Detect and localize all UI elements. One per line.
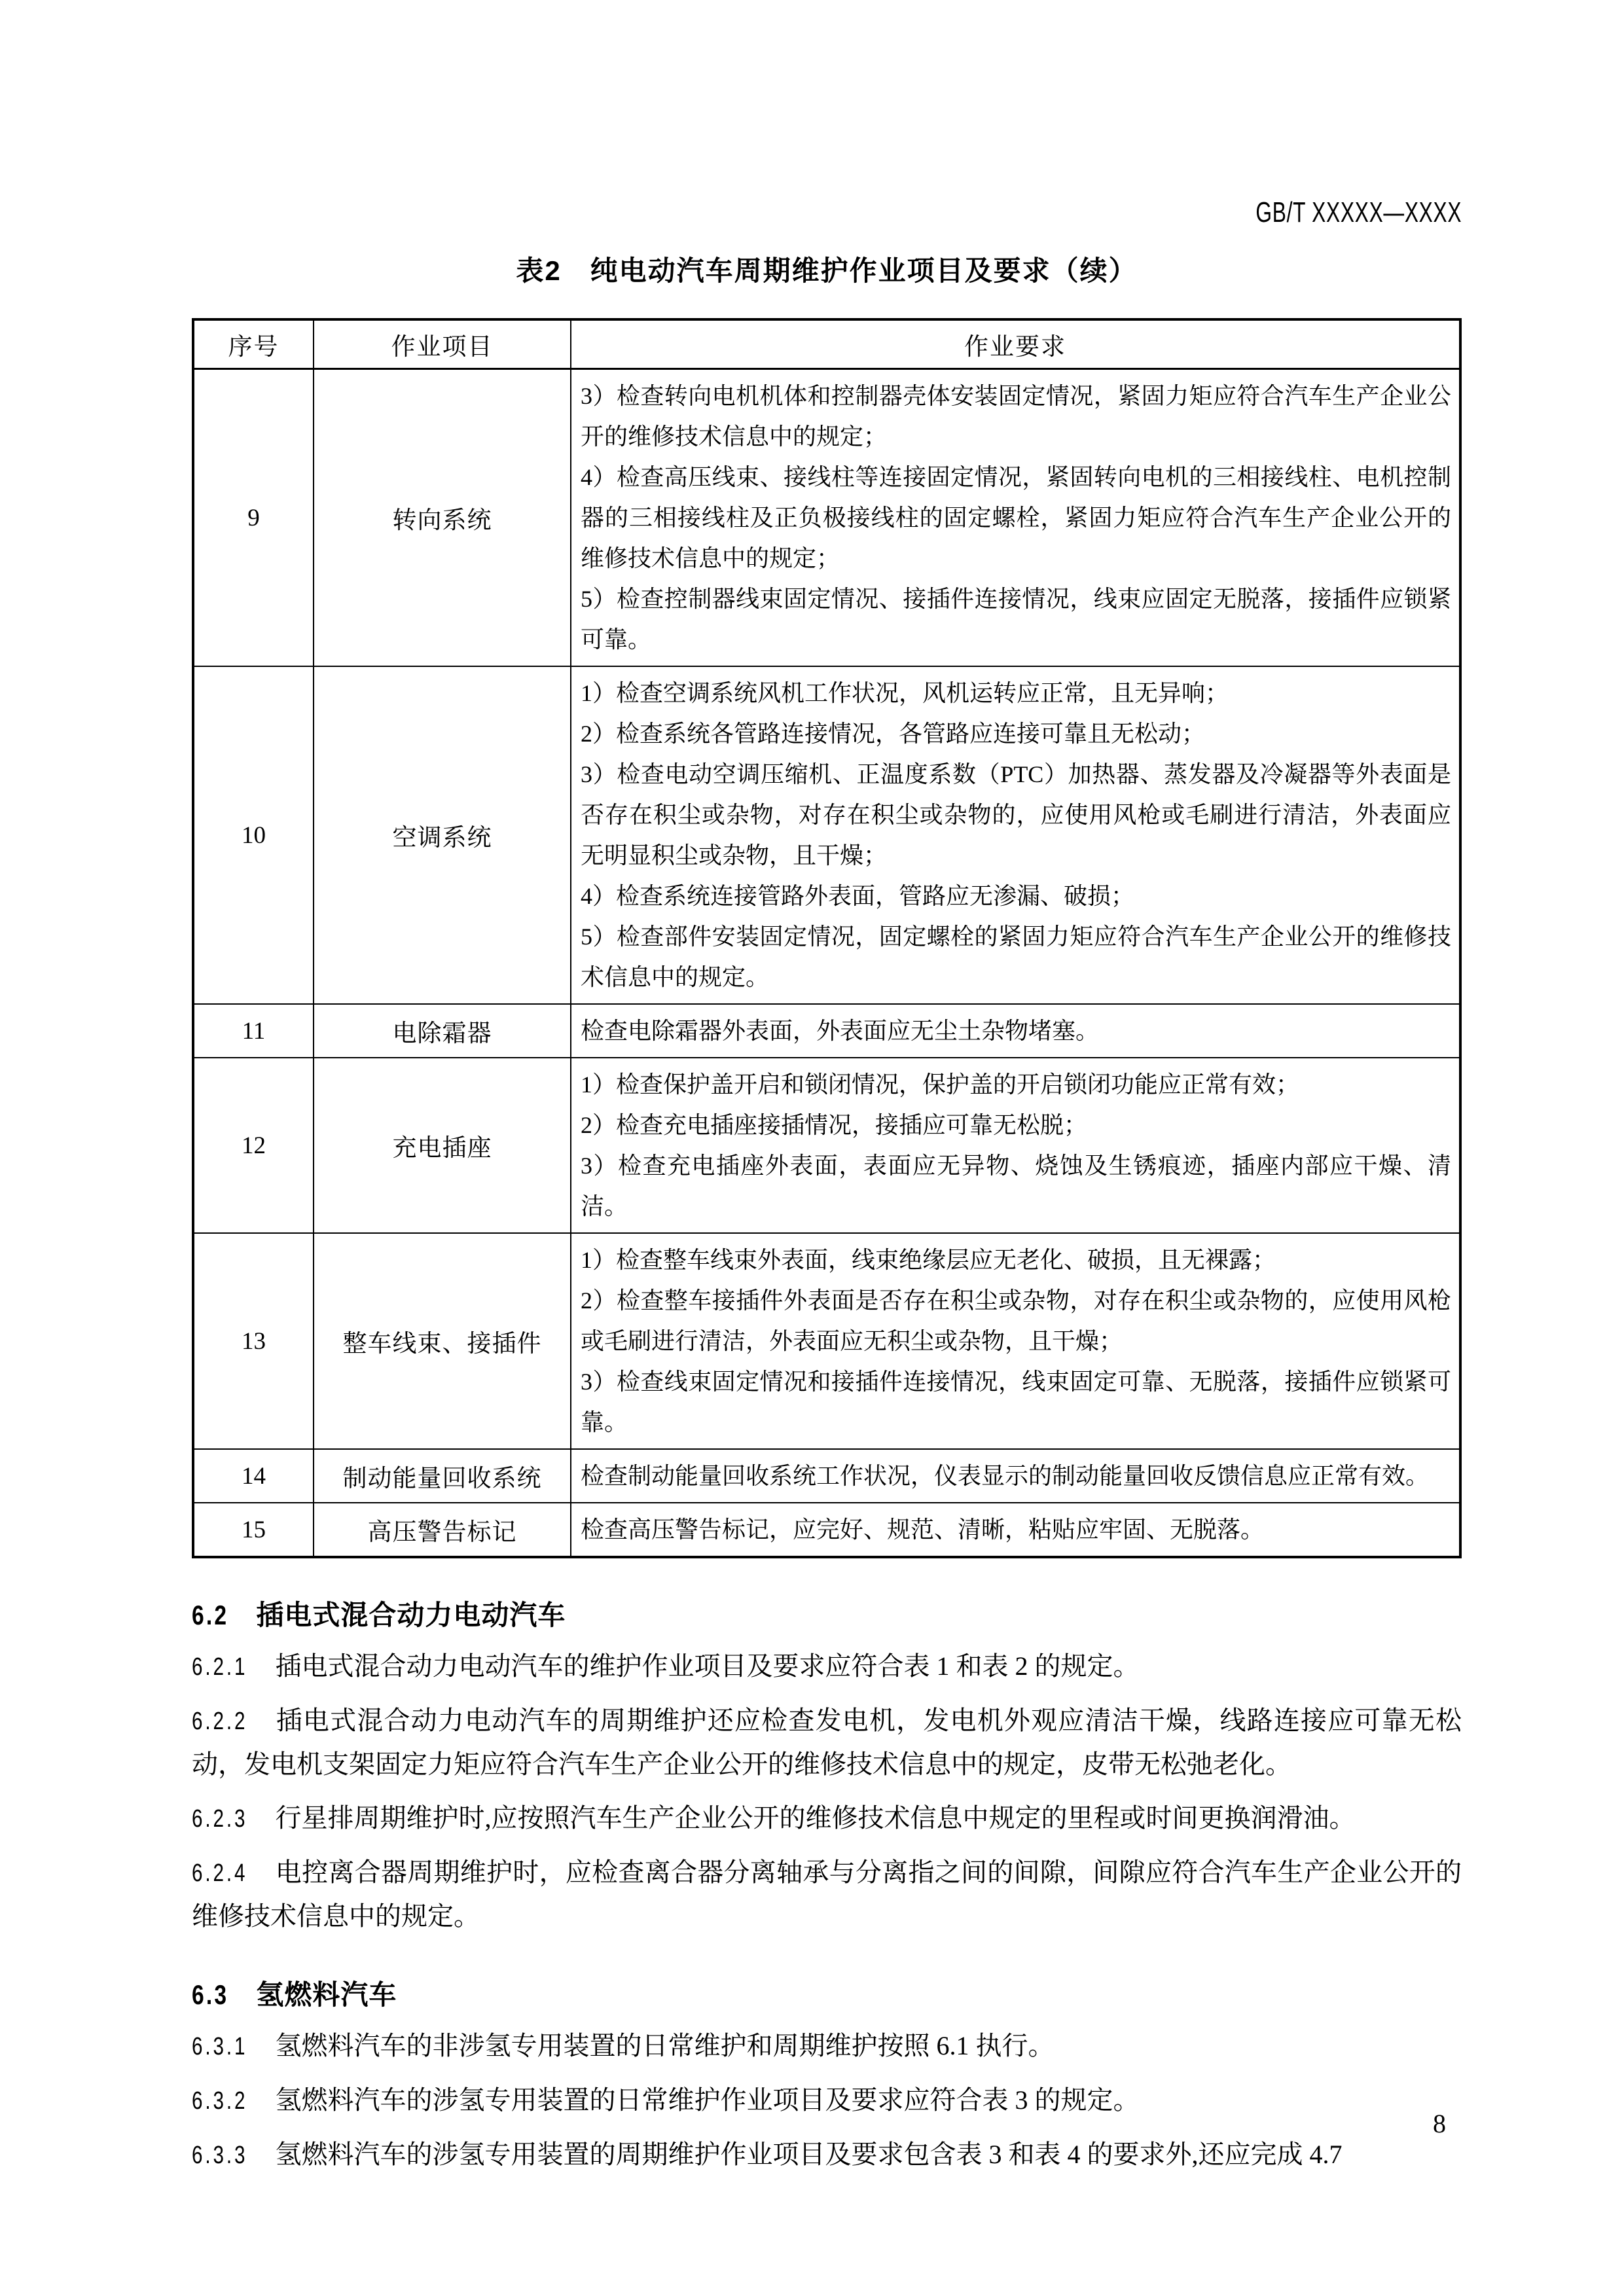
requirement-text: 检查制动能量回收系统工作状况，仪表显示的制动能量回收反馈信息应正常有效。 xyxy=(581,1456,1451,1496)
table-row: 9 转向系统 3）检查转向电机机体和控制器壳体安装固定情况，紧固力矩应符合汽车生… xyxy=(193,369,1460,667)
row-item: 电除霜器 xyxy=(314,1004,571,1058)
clause-number: 6.3.1 xyxy=(192,2025,247,2068)
page-number: 8 xyxy=(1433,2108,1446,2140)
section-paragraphs: 6.3.1氢燃料汽车的非涉氢专用装置的日常维护和周期维护按照 6.1 执行。 6… xyxy=(192,2024,1462,2177)
row-requirements: 检查制动能量回收系统工作状况，仪表显示的制动能量回收反馈信息应正常有效。 xyxy=(571,1449,1460,1503)
clause-number: 6.3.2 xyxy=(192,2079,247,2123)
requirement-text: 3）检查电动空调压缩机、正温度系数（PTC）加热器、蒸发器及冷凝器等外表面是否存… xyxy=(581,754,1451,876)
requirement-text: 检查高压警告标记，应完好、规范、清晰，粘贴应牢固、无脱落。 xyxy=(581,1509,1451,1550)
row-requirements: 1）检查保护盖开启和锁闭情况，保护盖的开启锁闭功能应正常有效； 2）检查充电插座… xyxy=(571,1058,1460,1233)
section-paragraphs: 6.2.1插电式混合动力电动汽车的维护作业项目及要求应符合表 1 和表 2 的规… xyxy=(192,1645,1462,1938)
maintenance-table: 序号 作业项目 作业要求 9 转向系统 3）检查转向电机机体和控制器壳体安装固定… xyxy=(192,318,1462,1558)
clause-number: 6.2.2 xyxy=(192,1700,247,1743)
clause-text: 插电式混合动力电动汽车的维护作业项目及要求应符合表 1 和表 2 的规定。 xyxy=(276,1651,1140,1681)
clause-text: 氢燃料汽车的涉氢专用装置的日常维护作业项目及要求应符合表 3 的规定。 xyxy=(276,2085,1140,2115)
clause-paragraph: 6.2.4电控离合器周期维护时，应检查离合器分离轴承与分离指之间的间隙，间隙应符… xyxy=(192,1851,1462,1938)
table-row: 11 电除霜器 检查电除霜器外表面，外表面应无尘土杂物堵塞。 xyxy=(193,1004,1460,1058)
row-item: 转向系统 xyxy=(314,369,571,667)
row-number: 12 xyxy=(193,1058,314,1233)
table-body: 9 转向系统 3）检查转向电机机体和控制器壳体安装固定情况，紧固力矩应符合汽车生… xyxy=(193,369,1460,1558)
clause-text: 行星排周期维护时,应按照汽车生产企业公开的维修技术信息中规定的里程或时间更换润滑… xyxy=(276,1803,1356,1833)
section: 6.2插电式混合动力电动汽车 6.2.1插电式混合动力电动汽车的维护作业项目及要… xyxy=(192,1596,1462,1938)
doc-code-text: GB/T XXXXX—XXXX xyxy=(1255,196,1462,229)
requirement-text: 2）检查系统各管路连接情况，各管路应连接可靠且无松动； xyxy=(581,713,1451,754)
requirement-text: 3）检查充电插座外表面，表面应无异物、烧蚀及生锈痕迹，插座内部应干燥、清洁。 xyxy=(581,1145,1451,1227)
column-header-requirement: 作业要求 xyxy=(571,319,1460,369)
section-number: 6.3 xyxy=(192,1976,228,2014)
doc-code: GB/T XXXXX—XXXX xyxy=(192,196,1462,229)
requirement-text: 3）检查线束固定情况和接插件连接情况，线束固定可靠、无脱落，接插件应锁紧可靠。 xyxy=(581,1361,1451,1443)
requirement-text: 5）检查控制器线束固定情况、接插件连接情况，线束应固定无脱落，接插件应锁紧可靠。 xyxy=(581,579,1451,660)
row-requirements: 检查电除霜器外表面，外表面应无尘土杂物堵塞。 xyxy=(571,1004,1460,1058)
requirement-text: 1）检查保护盖开启和锁闭情况，保护盖的开启锁闭功能应正常有效； xyxy=(581,1064,1451,1105)
clause-paragraph: 6.2.1插电式混合动力电动汽车的维护作业项目及要求应符合表 1 和表 2 的规… xyxy=(192,1645,1462,1689)
row-number: 13 xyxy=(193,1233,314,1449)
row-requirements: 检查高压警告标记，应完好、规范、清晰，粘贴应牢固、无脱落。 xyxy=(571,1503,1460,1557)
table-row: 12 充电插座 1）检查保护盖开启和锁闭情况，保护盖的开启锁闭功能应正常有效； … xyxy=(193,1058,1460,1233)
clause-paragraph: 6.2.2插电式混合动力电动汽车的周期维护还应检查发电机，发电机外观应清洁干燥，… xyxy=(192,1699,1462,1786)
clause-paragraph: 6.2.3行星排周期维护时,应按照汽车生产企业公开的维修技术信息中规定的里程或时… xyxy=(192,1797,1462,1840)
requirement-text: 2）检查整车接插件外表面是否存在积尘或杂物，对存在积尘或杂物的，应使用风枪或毛刷… xyxy=(581,1280,1451,1361)
requirement-text: 5）检查部件安装固定情况，固定螺栓的紧固力矩应符合汽车生产企业公开的维修技术信息… xyxy=(581,916,1451,997)
row-number: 9 xyxy=(193,369,314,667)
row-item: 整车线束、接插件 xyxy=(314,1233,571,1449)
section-heading: 6.2插电式混合动力电动汽车 xyxy=(192,1596,1462,1634)
row-item: 制动能量回收系统 xyxy=(314,1449,571,1503)
row-number: 15 xyxy=(193,1503,314,1557)
row-number: 11 xyxy=(193,1004,314,1058)
row-item: 高压警告标记 xyxy=(314,1503,571,1557)
row-item: 充电插座 xyxy=(314,1058,571,1233)
table-row: 15 高压警告标记 检查高压警告标记，应完好、规范、清晰，粘贴应牢固、无脱落。 xyxy=(193,1503,1460,1557)
table-row: 10 空调系统 1）检查空调系统风机工作状况，风机运转应正常，且无异响； 2）检… xyxy=(193,666,1460,1004)
table-row: 14 制动能量回收系统 检查制动能量回收系统工作状况，仪表显示的制动能量回收反馈… xyxy=(193,1449,1460,1503)
clause-number: 6.2.4 xyxy=(192,1852,247,1895)
section: 6.3氢燃料汽车 6.3.1氢燃料汽车的非涉氢专用装置的日常维护和周期维护按照 … xyxy=(192,1976,1462,2177)
clause-paragraph: 6.3.1氢燃料汽车的非涉氢专用装置的日常维护和周期维护按照 6.1 执行。 xyxy=(192,2024,1462,2068)
clause-text: 氢燃料汽车的非涉氢专用装置的日常维护和周期维护按照 6.1 执行。 xyxy=(276,2031,1055,2060)
sections: 6.2插电式混合动力电动汽车 6.2.1插电式混合动力电动汽车的维护作业项目及要… xyxy=(192,1596,1462,2177)
clause-text: 电控离合器周期维护时，应检查离合器分离轴承与分离指之间的间隙，间隙应符合汽车生产… xyxy=(192,1857,1462,1931)
row-item: 空调系统 xyxy=(314,666,571,1004)
clause-paragraph: 6.3.3氢燃料汽车的涉氢专用装置的周期维护作业项目及要求包含表 3 和表 4 … xyxy=(192,2133,1462,2177)
clause-number: 6.2.1 xyxy=(192,1645,247,1689)
section-title: 插电式混合动力电动汽车 xyxy=(256,1600,566,1630)
clause-number: 6.2.3 xyxy=(192,1797,247,1840)
requirement-text: 2）检查充电插座接插情况，接插应可靠无松脱； xyxy=(581,1105,1451,1145)
clause-text: 插电式混合动力电动汽车的周期维护还应检查发电机，发电机外观应清洁干燥，线路连接应… xyxy=(192,1706,1462,1779)
row-requirements: 3）检查转向电机机体和控制器壳体安装固定情况，紧固力矩应符合汽车生产企业公开的维… xyxy=(571,369,1460,667)
requirement-text: 检查电除霜器外表面，外表面应无尘土杂物堵塞。 xyxy=(581,1011,1451,1051)
section-heading: 6.3氢燃料汽车 xyxy=(192,1976,1462,2014)
section-number: 6.2 xyxy=(192,1596,228,1634)
row-requirements: 1）检查整车线束外表面，线束绝缘层应无老化、破损，且无裸露； 2）检查整车接插件… xyxy=(571,1233,1460,1449)
document-page: GB/T XXXXX—XXXX 表2 纯电动汽车周期维护作业项目及要求（续） 序… xyxy=(192,196,1462,2177)
column-header-item: 作业项目 xyxy=(314,319,571,369)
row-requirements: 1）检查空调系统风机工作状况，风机运转应正常，且无异响； 2）检查系统各管路连接… xyxy=(571,666,1460,1004)
row-number: 14 xyxy=(193,1449,314,1503)
row-number: 10 xyxy=(193,666,314,1004)
requirement-text: 1）检查空调系统风机工作状况，风机运转应正常，且无异响； xyxy=(581,673,1451,713)
requirement-text: 4）检查高压线束、接线柱等连接固定情况，紧固转向电机的三相接线柱、电机控制器的三… xyxy=(581,457,1451,579)
table-row: 13 整车线束、接插件 1）检查整车线束外表面，线束绝缘层应无老化、破损，且无裸… xyxy=(193,1233,1460,1449)
requirement-text: 3）检查转向电机机体和控制器壳体安装固定情况，紧固力矩应符合汽车生产企业公开的维… xyxy=(581,376,1451,457)
clause-number: 6.3.3 xyxy=(192,2134,247,2177)
clause-text: 氢燃料汽车的涉氢专用装置的周期维护作业项目及要求包含表 3 和表 4 的要求外,… xyxy=(276,2140,1343,2169)
table-title: 表2 纯电动汽车周期维护作业项目及要求（续） xyxy=(192,253,1462,289)
section-title: 氢燃料汽车 xyxy=(256,1979,397,2010)
requirement-text: 4）检查系统连接管路外表面，管路应无渗漏、破损； xyxy=(581,876,1451,916)
column-header-no: 序号 xyxy=(193,319,314,369)
requirement-text: 1）检查整车线束外表面，线束绝缘层应无老化、破损，且无裸露； xyxy=(581,1240,1451,1280)
table-header-row: 序号 作业项目 作业要求 xyxy=(193,319,1460,369)
clause-paragraph: 6.3.2氢燃料汽车的涉氢专用装置的日常维护作业项目及要求应符合表 3 的规定。 xyxy=(192,2079,1462,2123)
